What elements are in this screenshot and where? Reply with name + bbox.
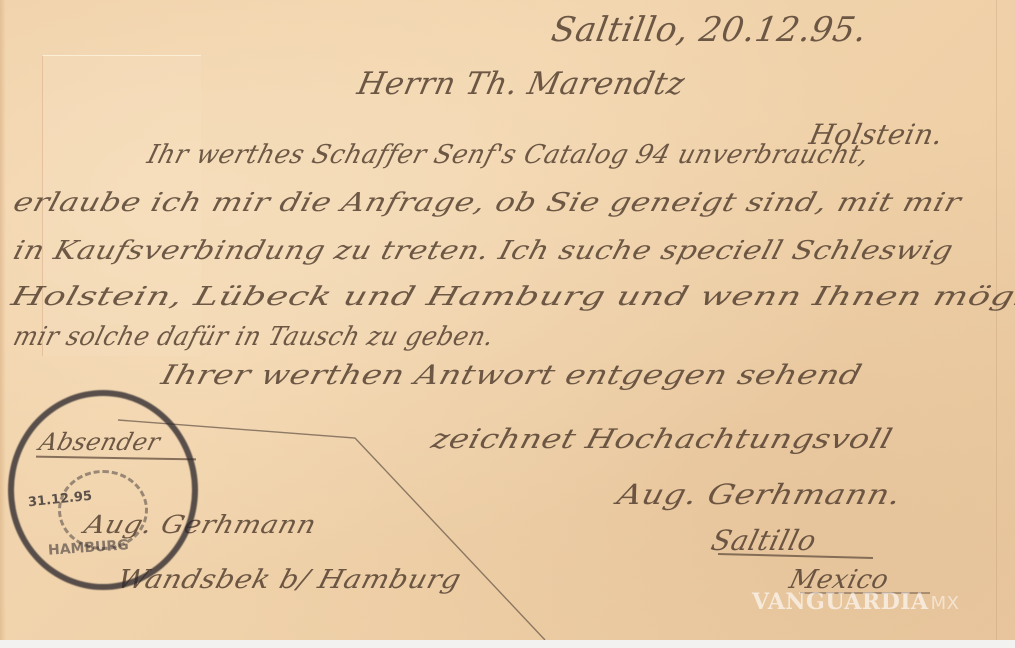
sender-address: Wandsbek b/ Hamburg — [114, 565, 464, 595]
image-bottom-border — [0, 640, 1015, 648]
recipient-line: Herrn Th. Marendtz — [354, 66, 688, 102]
body-line-3: in Kaufsverbindung zu treten. Ich suche … — [10, 236, 957, 266]
body-line-4: Holstein, Lübeck und Hamburg und wenn Ih… — [8, 282, 1015, 312]
body-line-2: erlaube ich mir die Anfrage, ob Sie gene… — [10, 188, 965, 218]
signature-name: Aug. Gerhmann. — [614, 478, 905, 511]
body-line-1: Ihr werthes Schaffer Senf's Catalog 94 u… — [144, 140, 872, 170]
body-line-5: mir solche dafür in Tausch zu geben. — [10, 322, 498, 352]
complimentary-close: zeichnet Hochachtungsvoll — [428, 424, 896, 455]
place-date: Saltillo, 20.12.95. — [548, 10, 870, 50]
postcard: Saltillo, 20.12.95. Herrn Th. Marendtz H… — [0, 0, 1015, 640]
signature-city: Saltillo — [708, 524, 820, 557]
vanguardia-watermark: VANGUARDIAMX — [752, 589, 960, 615]
watermark-suffix: MX — [931, 593, 960, 614]
card-edge — [0, 0, 6, 640]
closing-line: Ihrer werthen Antwort entgegen sehend — [158, 360, 866, 391]
card-fold-line — [996, 0, 997, 640]
watermark-brand: VANGUARDIA — [752, 589, 929, 615]
